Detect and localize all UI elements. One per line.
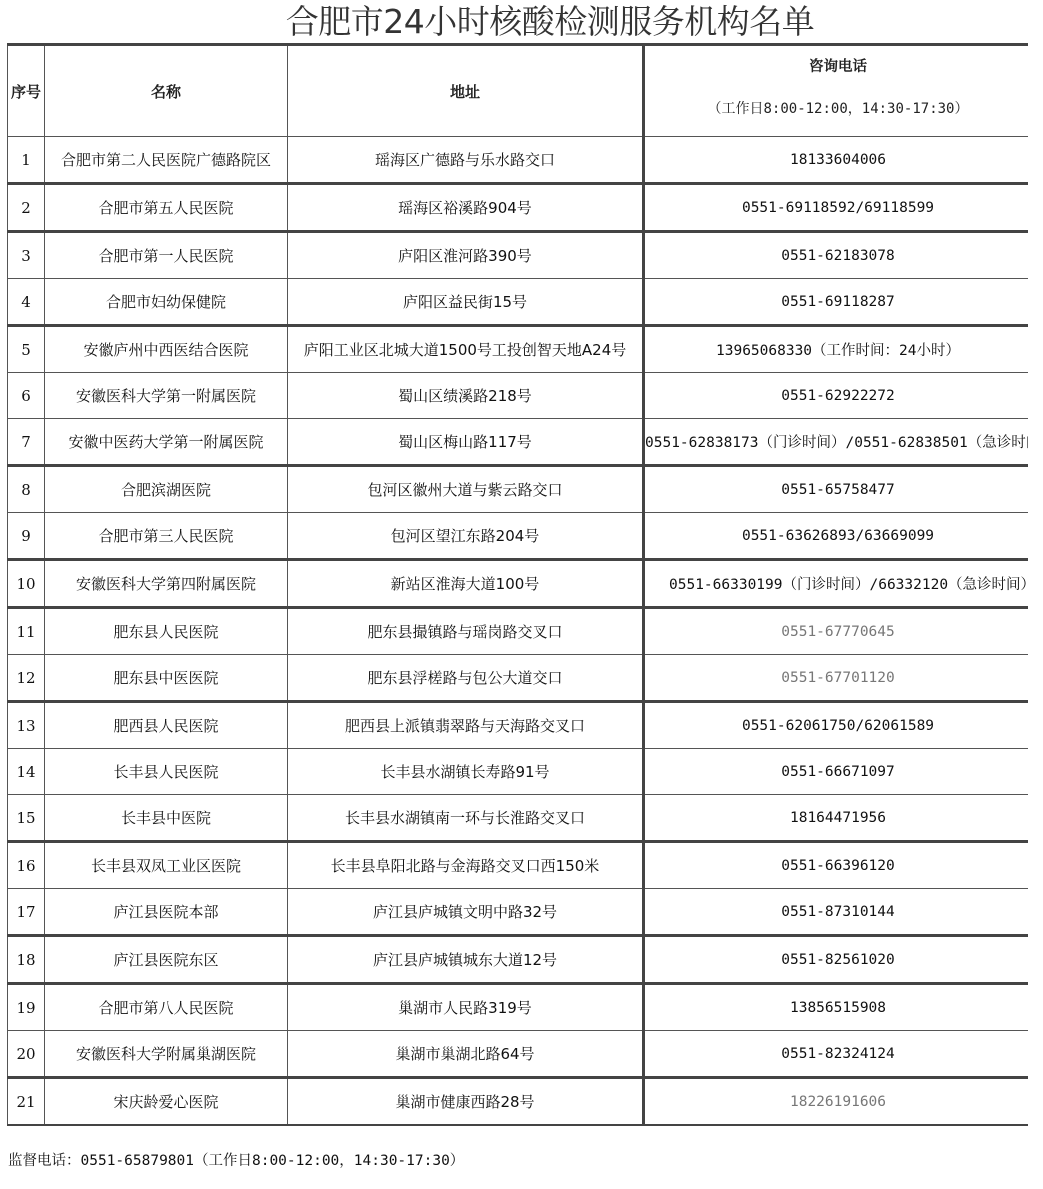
row-seq: 5 — [8, 326, 45, 373]
row-name: 宋庆龄爱心医院 — [45, 1078, 288, 1126]
row-name: 肥西县人民医院 — [45, 702, 288, 749]
row-address: 庐阳区益民街15号 — [288, 279, 644, 326]
row-seq: 16 — [8, 842, 45, 889]
row-phone: 13965068330（工作时间：24小时） — [644, 326, 1029, 373]
row-address: 长丰县水湖镇南一环与长淮路交叉口 — [288, 795, 644, 842]
table-row: 18 庐江县医院东区 庐江县庐城镇城东大道12号 0551-82561020 — [8, 936, 1029, 984]
row-name: 合肥市妇幼保健院 — [45, 279, 288, 326]
table-row: 11 肥东县人民医院 肥东县撮镇路与瑶岗路交叉口 0551-67770645 — [8, 608, 1029, 655]
row-phone: 0551-67701120 — [644, 655, 1029, 702]
row-address: 瑶海区裕溪路904号 — [288, 184, 644, 232]
row-address: 肥东县撮镇路与瑶岗路交叉口 — [288, 608, 644, 655]
row-seq: 19 — [8, 984, 45, 1031]
header-address: 地址 — [288, 45, 644, 137]
supervision-phone-note: 监督电话：0551-65879801（工作日8:00-12:00，14:30-1… — [8, 1149, 464, 1170]
row-phone: 18226191606 — [644, 1078, 1029, 1126]
header-seq: 序号 — [8, 45, 45, 137]
table-row: 12 肥东县中医医院 肥东县浮槎路与包公大道交口 0551-67701120 — [8, 655, 1029, 702]
row-phone: 0551-63626893/63669099 — [644, 513, 1029, 560]
row-seq: 1 — [8, 137, 45, 184]
table-row: 8 合肥滨湖医院 包河区徽州大道与紫云路交口 0551-65758477 — [8, 466, 1029, 513]
row-address: 新站区淮海大道100号 — [288, 560, 644, 608]
row-name: 庐江县医院本部 — [45, 889, 288, 936]
row-address: 庐阳工业区北城大道1500号工投创智天地A24号 — [288, 326, 644, 373]
row-phone: 13856515908 — [644, 984, 1029, 1031]
table-row: 19 合肥市第八人民医院 巢湖市人民路319号 13856515908 — [8, 984, 1029, 1031]
table-header-row: 序号 名称 地址 咨询电话 （工作日8:00-12:00，14:30-17:30… — [8, 45, 1029, 137]
row-seq: 6 — [8, 373, 45, 419]
table-row: 14 长丰县人民医院 长丰县水湖镇长寿路91号 0551-66671097 — [8, 749, 1029, 795]
row-seq: 2 — [8, 184, 45, 232]
row-seq: 18 — [8, 936, 45, 984]
row-phone: 0551-66396120 — [644, 842, 1029, 889]
row-phone: 0551-62838173（门诊时间）/0551-62838501（急诊时间） — [644, 419, 1029, 466]
table-row: 1 合肥市第二人民医院广德路院区 瑶海区广德路与乐水路交口 1813360400… — [8, 137, 1029, 184]
table-row: 2 合肥市第五人民医院 瑶海区裕溪路904号 0551-69118592/691… — [8, 184, 1029, 232]
table-row: 21 宋庆龄爱心医院 巢湖市健康西路28号 18226191606 — [8, 1078, 1029, 1126]
header-name: 名称 — [45, 45, 288, 137]
row-address: 庐阳区淮河路390号 — [288, 232, 644, 279]
table-row: 13 肥西县人民医院 肥西县上派镇翡翠路与天海路交叉口 0551-6206175… — [8, 702, 1029, 749]
table-row: 5 安徽庐州中西医结合医院 庐阳工业区北城大道1500号工投创智天地A24号 1… — [8, 326, 1029, 373]
row-phone: 0551-66330199（门诊时间）/66332120（急诊时间） — [644, 560, 1029, 608]
header-phone: 咨询电话 （工作日8:00-12:00，14:30-17:30） — [644, 45, 1029, 137]
row-name: 长丰县人民医院 — [45, 749, 288, 795]
row-seq: 20 — [8, 1031, 45, 1078]
row-name: 安徽庐州中西医结合医院 — [45, 326, 288, 373]
row-phone: 0551-82324124 — [644, 1031, 1029, 1078]
row-address: 包河区徽州大道与紫云路交口 — [288, 466, 644, 513]
row-phone: 0551-87310144 — [644, 889, 1029, 936]
row-phone: 0551-62061750/62061589 — [644, 702, 1029, 749]
row-address: 肥西县上派镇翡翠路与天海路交叉口 — [288, 702, 644, 749]
row-phone: 0551-67770645 — [644, 608, 1029, 655]
row-name: 安徽医科大学第四附属医院 — [45, 560, 288, 608]
table-row: 20 安徽医科大学附属巢湖医院 巢湖市巢湖北路64号 0551-82324124 — [8, 1031, 1029, 1078]
row-seq: 3 — [8, 232, 45, 279]
row-name: 安徽医科大学附属巢湖医院 — [45, 1031, 288, 1078]
row-name: 合肥市第一人民医院 — [45, 232, 288, 279]
row-seq: 13 — [8, 702, 45, 749]
row-name: 合肥市第八人民医院 — [45, 984, 288, 1031]
row-seq: 15 — [8, 795, 45, 842]
testing-institutions-table-wrapper: 序号 名称 地址 咨询电话 （工作日8:00-12:00，14:30-17:30… — [7, 43, 1028, 1138]
header-phone-hours: （工作日8:00-12:00，14:30-17:30） — [645, 98, 1028, 120]
row-name: 安徽医科大学第一附属医院 — [45, 373, 288, 419]
header-phone-label: 咨询电话 — [645, 56, 1028, 78]
row-name: 合肥市第五人民医院 — [45, 184, 288, 232]
table-row: 6 安徽医科大学第一附属医院 蜀山区绩溪路218号 0551-62922272 — [8, 373, 1029, 419]
row-phone: 0551-69118287 — [644, 279, 1029, 326]
row-seq: 7 — [8, 419, 45, 466]
table-row: 17 庐江县医院本部 庐江县庐城镇文明中路32号 0551-87310144 — [8, 889, 1029, 936]
row-address: 蜀山区绩溪路218号 — [288, 373, 644, 419]
row-name: 长丰县双凤工业区医院 — [45, 842, 288, 889]
row-seq: 9 — [8, 513, 45, 560]
row-seq: 12 — [8, 655, 45, 702]
table-row: 9 合肥市第三人民医院 包河区望江东路204号 0551-63626893/63… — [8, 513, 1029, 560]
row-phone: 18164471956 — [644, 795, 1029, 842]
row-address: 长丰县水湖镇长寿路91号 — [288, 749, 644, 795]
row-seq: 17 — [8, 889, 45, 936]
row-name: 合肥市第二人民医院广德路院区 — [45, 137, 288, 184]
row-phone: 0551-62922272 — [644, 373, 1029, 419]
row-seq: 4 — [8, 279, 45, 326]
row-phone: 0551-65758477 — [644, 466, 1029, 513]
row-seq: 21 — [8, 1078, 45, 1126]
row-name: 安徽中医药大学第一附属医院 — [45, 419, 288, 466]
row-address: 瑶海区广德路与乐水路交口 — [288, 137, 644, 184]
table-row: 16 长丰县双凤工业区医院 长丰县阜阳北路与金海路交叉口西150米 0551-6… — [8, 842, 1029, 889]
table-row: 4 合肥市妇幼保健院 庐阳区益民街15号 0551-69118287 — [8, 279, 1029, 326]
row-name: 合肥市第三人民医院 — [45, 513, 288, 560]
row-seq: 14 — [8, 749, 45, 795]
row-seq: 10 — [8, 560, 45, 608]
row-address: 包河区望江东路204号 — [288, 513, 644, 560]
table-row: 10 安徽医科大学第四附属医院 新站区淮海大道100号 0551-6633019… — [8, 560, 1029, 608]
row-address: 巢湖市人民路319号 — [288, 984, 644, 1031]
row-address: 长丰县阜阳北路与金海路交叉口西150米 — [288, 842, 644, 889]
row-address: 肥东县浮槎路与包公大道交口 — [288, 655, 644, 702]
row-phone: 0551-82561020 — [644, 936, 1029, 984]
row-seq: 11 — [8, 608, 45, 655]
table-row: 7 安徽中医药大学第一附属医院 蜀山区梅山路117号 0551-62838173… — [8, 419, 1029, 466]
row-address: 巢湖市健康西路28号 — [288, 1078, 644, 1126]
testing-institutions-table: 序号 名称 地址 咨询电话 （工作日8:00-12:00，14:30-17:30… — [7, 43, 1028, 1126]
row-name: 肥东县中医医院 — [45, 655, 288, 702]
table-row: 3 合肥市第一人民医院 庐阳区淮河路390号 0551-62183078 — [8, 232, 1029, 279]
row-name: 肥东县人民医院 — [45, 608, 288, 655]
row-name: 合肥滨湖医院 — [45, 466, 288, 513]
page-title: 合肥市24小时核酸检测服务机构名单 — [0, 0, 1043, 44]
row-phone: 0551-66671097 — [644, 749, 1029, 795]
row-name: 长丰县中医院 — [45, 795, 288, 842]
table-row: 15 长丰县中医院 长丰县水湖镇南一环与长淮路交叉口 18164471956 — [8, 795, 1029, 842]
row-address: 蜀山区梅山路117号 — [288, 419, 644, 466]
row-address: 巢湖市巢湖北路64号 — [288, 1031, 644, 1078]
row-phone: 18133604006 — [644, 137, 1029, 184]
row-phone: 0551-62183078 — [644, 232, 1029, 279]
row-address: 庐江县庐城镇文明中路32号 — [288, 889, 644, 936]
row-address: 庐江县庐城镇城东大道12号 — [288, 936, 644, 984]
row-phone: 0551-69118592/69118599 — [644, 184, 1029, 232]
row-name: 庐江县医院东区 — [45, 936, 288, 984]
row-seq: 8 — [8, 466, 45, 513]
